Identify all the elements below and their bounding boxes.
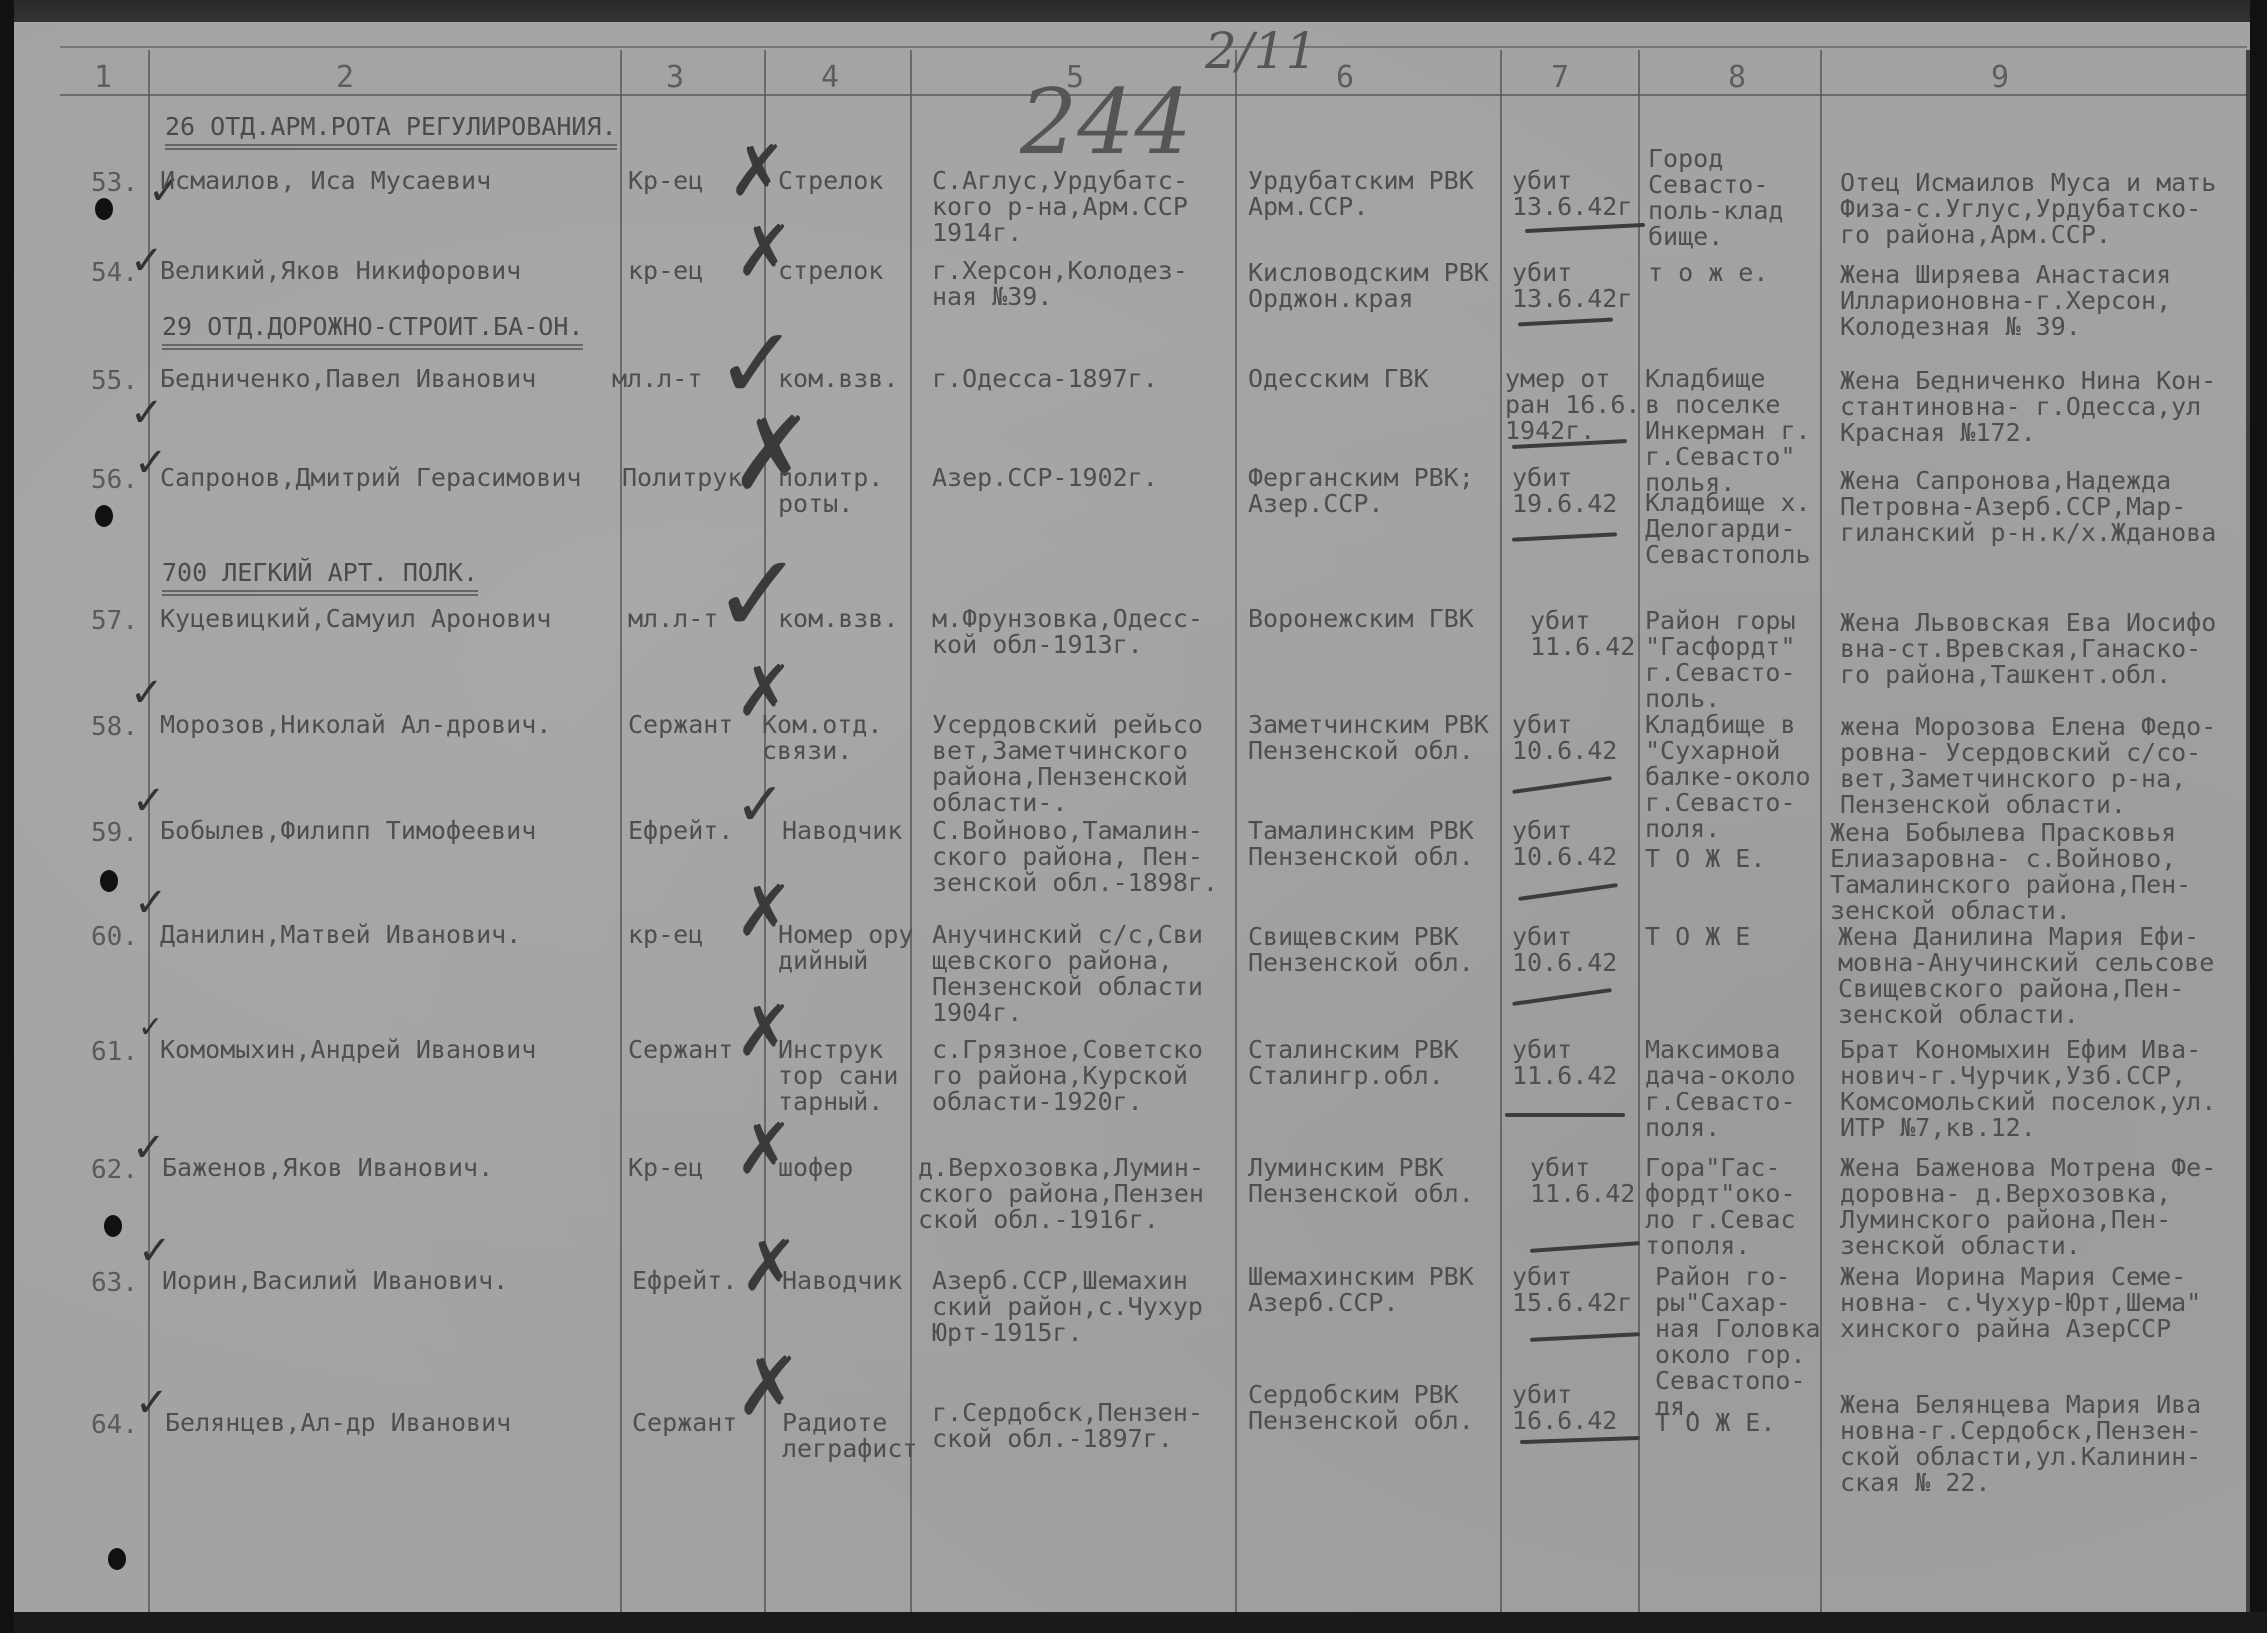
soldier-name: Исмаилов, Иса Мусаевич bbox=[160, 168, 491, 194]
draft-office: Ферганским РВК; Азер.ССР. bbox=[1248, 465, 1474, 517]
rank: мл.л-т bbox=[612, 366, 702, 392]
section-header: 29 ОТД.ДОРОЖНО-СТРОИТ.БА-ОН. bbox=[162, 312, 583, 350]
rank: Кр-ец bbox=[628, 1155, 703, 1181]
soldier-name: Бедниченко,Павел Иванович bbox=[160, 366, 536, 392]
burial-place: т о ж е. bbox=[1648, 260, 1768, 286]
relatives-address: Жена Бобылева Прасковья Елиазаровна- с.В… bbox=[1830, 820, 2191, 924]
checkmark-icon: ✓ bbox=[135, 1380, 169, 1426]
burial-place: Кладбище в "Сухарной балке-около г.Севас… bbox=[1645, 712, 1811, 842]
soldier-name: Иорин,Василий Иванович. bbox=[162, 1268, 508, 1294]
column-number-3: 3 bbox=[660, 60, 690, 95]
rank: Сержант bbox=[632, 1410, 737, 1436]
column-divider bbox=[1235, 50, 1237, 1618]
section-header: 26 ОТД.АРМ.РОТА РЕГУЛИРОВАНИЯ. bbox=[165, 112, 617, 150]
punch-hole bbox=[104, 1215, 122, 1237]
punch-hole bbox=[95, 505, 113, 527]
row-number: 64. bbox=[68, 1410, 138, 1440]
checkmark-icon: ✓ bbox=[130, 238, 164, 284]
checkmark-icon: ✓ bbox=[130, 390, 164, 436]
soldier-name: Комомыхин,Андрей Иванович bbox=[160, 1037, 536, 1063]
position: политр. роты. bbox=[778, 465, 883, 517]
punch-hole bbox=[95, 198, 113, 220]
column-number-2: 2 bbox=[330, 60, 360, 95]
row-number: 60. bbox=[68, 922, 138, 952]
burial-place: Т О Ж Е bbox=[1645, 924, 1750, 950]
handwritten-top-mark: 2/11 bbox=[1205, 22, 1317, 80]
relatives-address: Жена Баженова Мотрена Фе- доровна- д.Вер… bbox=[1840, 1155, 2216, 1259]
relatives-address: Жена Данилина Мария Ефи- мовна-Анучински… bbox=[1838, 924, 2214, 1028]
row-number: 56. bbox=[68, 465, 138, 495]
position: шофер bbox=[778, 1155, 853, 1181]
rank: Кр-ец bbox=[628, 168, 703, 194]
position: Ком.отд. связи. bbox=[762, 712, 882, 764]
row-number: 61. bbox=[68, 1037, 138, 1067]
burial-place: Район горы "Гасфордт" г.Севасто- поль. bbox=[1645, 608, 1796, 712]
position: Инструк тор сани тарный. bbox=[778, 1037, 898, 1115]
birthplace-year: С.Войново,Тамалин- ского района, Пен- зе… bbox=[932, 818, 1218, 896]
rank: Ефрейт. bbox=[628, 818, 733, 844]
fate-date: убит 13.6.42г bbox=[1512, 168, 1632, 220]
burial-place: Т О Ж Е. bbox=[1655, 1410, 1775, 1436]
draft-office: Воронежским ГВК bbox=[1248, 606, 1474, 632]
column-number-1: 1 bbox=[88, 60, 118, 95]
fate-date: убит 11.6.42 bbox=[1530, 1155, 1635, 1207]
rank: кр-ец bbox=[628, 922, 703, 948]
birthplace-year: м.Фрунзовка,Одесс- кой обл-1913г. bbox=[932, 606, 1203, 658]
birthplace-year: Азерб.ССР,Шемахин ский район,с.Чухур Юрт… bbox=[932, 1268, 1203, 1346]
column-number-9: 9 bbox=[1985, 60, 2015, 95]
section-header: 700 ЛЕГКИЙ АРТ. ПОЛК. bbox=[162, 558, 478, 596]
relatives-address: Жена Ширяева Анастасия Илларионовна-г.Хе… bbox=[1840, 262, 2171, 340]
relatives-address: Жена Бедниченко Нина Кон- стантиновна- г… bbox=[1840, 368, 2216, 446]
soldier-name: Морозов,Николай Ал-дрович. bbox=[160, 712, 551, 738]
soldier-name: Куцевицкий,Самуил Аронович bbox=[160, 606, 551, 632]
position: Наводчик bbox=[782, 818, 902, 844]
row-number: 58. bbox=[68, 712, 138, 742]
rank: Ефрейт. bbox=[632, 1268, 737, 1294]
birthplace-year: Усердовский рейьсо вет,Заметчинского рай… bbox=[932, 712, 1203, 816]
soldier-name: Белянцев,Ал-др Иванович bbox=[165, 1410, 511, 1436]
draft-office: Сталинским РВК Сталингр.обл. bbox=[1248, 1037, 1459, 1089]
fate-date: убит 11.6.42 bbox=[1530, 608, 1635, 660]
fate-date: убит 11.6.42 bbox=[1512, 1037, 1617, 1089]
column-number-4: 4 bbox=[815, 60, 845, 95]
birthplace-year: г.Одесса-1897г. bbox=[932, 366, 1158, 392]
burial-place: Город Севасто- поль-клад бище. bbox=[1648, 146, 1783, 250]
birthplace-year: д.Верхозовка,Лумин- ского района,Пензен … bbox=[918, 1155, 1204, 1233]
rank: мл.л-т bbox=[628, 606, 718, 632]
draft-office: Заметчинским РВК Пензенской обл. bbox=[1248, 712, 1489, 764]
draft-office: Тамалинским РВК Пензенской обл. bbox=[1248, 818, 1474, 870]
rank: Сержант bbox=[628, 1037, 733, 1063]
fate-date: убит 10.6.42 bbox=[1512, 818, 1617, 870]
relatives-address: жена Морозова Елена Федо- ровна- Усердов… bbox=[1840, 714, 2216, 818]
fate-date: убит 15.6.42г bbox=[1512, 1264, 1632, 1316]
draft-office: Свищевским РВК Пензенской обл. bbox=[1248, 924, 1474, 976]
position: Радиоте леграфист bbox=[782, 1410, 917, 1462]
burial-place: Кладбище х. Делогарди- Севастополь bbox=[1645, 490, 1811, 568]
draft-office: Шемахинским РВК Азерб.ССР. bbox=[1248, 1264, 1474, 1316]
column-number-8: 8 bbox=[1722, 60, 1752, 95]
scan-left-edge bbox=[0, 0, 14, 1633]
row-number: 53. bbox=[68, 168, 138, 198]
position: ком.взв. bbox=[778, 366, 898, 392]
position: Номер ору дийный bbox=[778, 922, 913, 974]
checkmark-icon: ✓ bbox=[132, 1125, 166, 1171]
draft-office: Луминским РВК Пензенской обл. bbox=[1248, 1155, 1474, 1207]
row-number: 57. bbox=[68, 606, 138, 636]
birthplace-year: Анучинский с/с,Сви щевского района, Пенз… bbox=[932, 922, 1203, 1026]
fate-date: убит 13.6.42г bbox=[1512, 260, 1632, 312]
pencil-underline bbox=[1505, 1113, 1625, 1117]
draft-office: Сердобским РВК Пензенской обл. bbox=[1248, 1382, 1474, 1434]
column-divider bbox=[910, 50, 912, 1618]
fate-date: убит 19.6.42 bbox=[1512, 465, 1617, 517]
checkmark-icon: ✓ bbox=[130, 670, 164, 716]
burial-place: Гора"Гас- фордт"око- ло г.Севас тополя. bbox=[1645, 1155, 1796, 1259]
rank: Сержант bbox=[628, 712, 733, 738]
position: ком.взв. bbox=[778, 606, 898, 632]
column-divider bbox=[620, 50, 622, 1618]
draft-office: Кисловодским РВК Орджон.края bbox=[1248, 260, 1489, 312]
row-number: 59. bbox=[68, 818, 138, 848]
row-number: 62. bbox=[68, 1155, 138, 1185]
position: Стрелок bbox=[778, 168, 883, 194]
top-rule bbox=[60, 46, 2247, 48]
burial-place: Максимова дача-около г.Севасто- поля. bbox=[1645, 1037, 1796, 1141]
relatives-address: Отец Исмаилов Муса и мать Физа-с.Углус,У… bbox=[1840, 170, 2216, 248]
burial-place: Кладбище в поселке Инкерман г. г.Севасто… bbox=[1645, 366, 1811, 496]
position: стрелок bbox=[778, 258, 883, 284]
column-divider bbox=[1500, 50, 1502, 1618]
column-number-6: 6 bbox=[1330, 60, 1360, 95]
relatives-address: Жена Львовская Ева Иосифо вна-ст.Вревска… bbox=[1840, 610, 2216, 688]
page-right-edge bbox=[2246, 50, 2250, 1618]
punch-hole bbox=[100, 870, 118, 892]
relatives-address: Жена Сапронова,Надежда Петровна-Азерб.СС… bbox=[1840, 468, 2216, 546]
x-checkmark-icon: ✓ bbox=[712, 530, 804, 658]
rank: кр-ец bbox=[628, 258, 703, 284]
burial-place: Т О Ж Е. bbox=[1645, 846, 1765, 872]
fate-date: убит 10.6.42 bbox=[1512, 924, 1617, 976]
position: Наводчик bbox=[782, 1268, 902, 1294]
relatives-address: Жена Иорина Мария Семе- новна- с.Чухур-Ю… bbox=[1840, 1264, 2201, 1342]
row-number: 54. bbox=[68, 258, 138, 288]
draft-office: Одесским ГВК bbox=[1248, 366, 1429, 392]
birthplace-year: с.Грязное,Советско го района,Курской обл… bbox=[932, 1037, 1203, 1115]
soldier-name: Бобылев,Филипп Тимофеевич bbox=[160, 818, 536, 844]
row-number: 55. bbox=[68, 366, 138, 396]
fate-date: убит 16.6.42 bbox=[1512, 1382, 1617, 1434]
relatives-address: Жена Белянцева Мария Ива новна-г.Сердобс… bbox=[1840, 1392, 2201, 1496]
birthplace-year: г.Сердобск,Пензен- ской обл.-1897г. bbox=[932, 1400, 1203, 1452]
column-divider bbox=[1638, 50, 1640, 1618]
handwritten-folio-number: 244 bbox=[1020, 70, 1192, 175]
soldier-name: Великий,Яков Никифорович bbox=[160, 258, 521, 284]
rank: Политрук bbox=[622, 465, 742, 491]
row-number: 63. bbox=[68, 1268, 138, 1298]
burial-place: Район го- ры"Сахар- ная Головка около го… bbox=[1655, 1264, 1821, 1420]
birthplace-year: Азер.ССР-1902г. bbox=[932, 465, 1158, 491]
draft-office: Урдубатским РВК Арм.ССР. bbox=[1248, 168, 1474, 220]
fate-date: убит 10.6.42 bbox=[1512, 712, 1617, 764]
soldier-name: Данилин,Матвей Иванович. bbox=[160, 922, 521, 948]
scan-bottom-edge bbox=[0, 1612, 2267, 1633]
relatives-address: Брат Кономыхин Ефим Ива- нович-г.Чурчик,… bbox=[1840, 1037, 2216, 1141]
soldier-name: Сапронов,Дмитрий Герасимович bbox=[160, 465, 581, 491]
birthplace-year: С.Аглус,Урдубатс- кого р-на,Арм.ССР 1914… bbox=[932, 168, 1188, 246]
column-number-7: 7 bbox=[1545, 60, 1575, 95]
punch-hole bbox=[108, 1548, 126, 1570]
fate-date: умер от ран 16.6. 1942г. bbox=[1505, 366, 1640, 444]
birthplace-year: г.Херсон,Колодез- ная №39. bbox=[932, 258, 1188, 310]
soldier-name: Баженов,Яков Иванович. bbox=[162, 1155, 493, 1181]
x-checkmark-icon: ✓ bbox=[735, 770, 785, 840]
